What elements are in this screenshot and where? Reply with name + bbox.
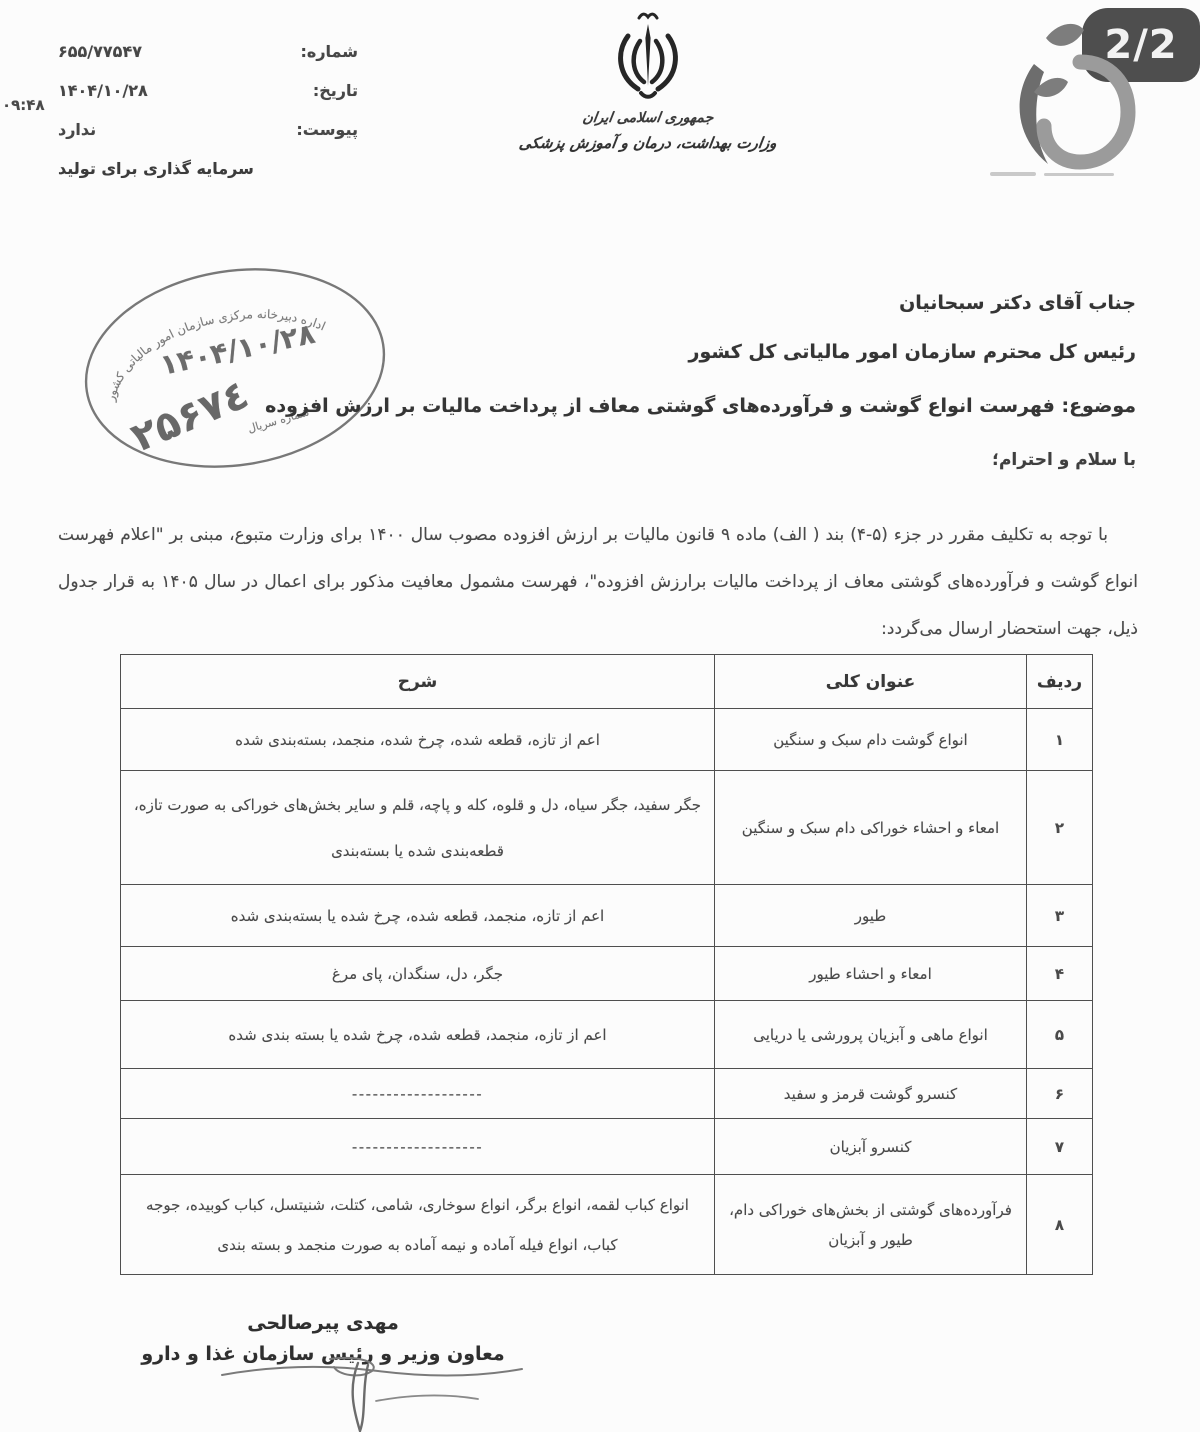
letterhead-center: جمهوری اسلامی ایران وزارت بهداشت، درمان … [488, 12, 808, 152]
number-label: شماره: [300, 42, 358, 61]
header-desc: شرح [121, 655, 715, 709]
country-name: جمهوری اسلامی ایران [487, 110, 809, 126]
table-row: ۱ انواع گوشت دام سبک و سنگین اعم از تازه… [121, 709, 1093, 771]
table-row: ۵ انواع ماهی و آبزیان پرورشی یا دریایی ا… [121, 1001, 1093, 1069]
time-value: ۰۹:۴۸ [2, 96, 45, 114]
recipient-title: رئیس کل محترم سازمان امور مالیاتی کل کشو… [265, 341, 1136, 363]
row-title: انواع گوشت دام سبک و سنگین [715, 709, 1027, 771]
letter-body: با توجه به تکلیف مقرر در جزء (۵-۴) بند (… [58, 512, 1138, 653]
row-rank: ۶ [1027, 1069, 1093, 1119]
table-row: ۸ فرآورده‌های گوشتی از بخش‌های خوراکی دا… [121, 1175, 1093, 1275]
scanned-letter-page: 2/2 شماره: ۶۵۵/۷۷۵۴۷ تاریخ: ۱۴۰۴/۱۰/۲۸ پ… [0, 0, 1200, 1432]
row-rank: ۱ [1027, 709, 1093, 771]
attachment-label: پیوست: [296, 120, 358, 139]
row-title: امعاء و احشاء خوراکی دام سبک و سنگین [715, 771, 1027, 885]
meta-date-row: تاریخ: ۱۴۰۴/۱۰/۲۸ [58, 81, 358, 100]
row-title: امعاء و احشاء طیور [715, 947, 1027, 1001]
row-desc: انواع کباب لقمه، انواع برگر، انواع سوخار… [121, 1175, 715, 1275]
attachment-value: ندارد [58, 120, 96, 139]
meta-attachment-row: پیوست: ندارد [58, 120, 358, 139]
table-row: ۶ کنسرو گوشت قرمز و سفید ---------------… [121, 1069, 1093, 1119]
row-rank: ۷ [1027, 1119, 1093, 1175]
salutation: با سلام و احترام؛ [265, 450, 1136, 470]
header-rank: ردیف [1027, 655, 1093, 709]
date-value: ۱۴۰۴/۱۰/۲۸ [58, 81, 148, 100]
table-header-row: ردیف عنوان کلی شرح [121, 655, 1093, 709]
recipient-name: جناب آقای دکتر سبحانیان [265, 292, 1136, 314]
subject-line: موضوع: فهرست انواع گوشت و فرآورده‌های گو… [265, 395, 1136, 417]
letterhead-meta: شماره: ۶۵۵/۷۷۵۴۷ تاریخ: ۱۴۰۴/۱۰/۲۸ پیوست… [58, 42, 358, 178]
number-value: ۶۵۵/۷۷۵۴۷ [58, 42, 142, 61]
handwritten-signature [210, 1345, 540, 1432]
row-title: فرآورده‌های گوشتی از بخش‌های خوراکی دام،… [715, 1175, 1027, 1275]
exemption-table: ردیف عنوان کلی شرح ۱ انواع گوشت دام سبک … [120, 654, 1093, 1275]
table-row: ۴ امعاء و احشاء طیور جگر، دل، سنگدان، پا… [121, 947, 1093, 1001]
row-title: کنسرو گوشت قرمز و سفید [715, 1069, 1027, 1119]
ministry-name: وزارت بهداشت، درمان و آموزش پزشکی [487, 134, 810, 152]
letterhead-slogan: سرمایه گذاری برای تولید [58, 159, 358, 178]
row-rank: ۳ [1027, 885, 1093, 947]
row-desc: اعم از تازه، منجمد، قطعه شده، چرخ شده یا… [121, 1001, 715, 1069]
row-rank: ۴ [1027, 947, 1093, 1001]
row-title: انواع ماهی و آبزیان پرورشی یا دریایی [715, 1001, 1027, 1069]
table-row: ۳ طیور اعم از تازه، منجمد، قطعه شده، چرخ… [121, 885, 1093, 947]
row-rank: ۲ [1027, 771, 1093, 885]
letter-heading: جناب آقای دکتر سبحانیان رئیس کل محترم سا… [265, 292, 1136, 470]
fda-logo-icon [982, 14, 1152, 189]
row-desc: ------------------- [121, 1119, 715, 1175]
row-desc: اعم از تازه، منجمد، قطعه شده، چرخ شده یا… [121, 885, 715, 947]
signer-name: مهدی پیرصالحی [108, 1312, 538, 1334]
row-rank: ۵ [1027, 1001, 1093, 1069]
row-desc: جگر، دل، سنگدان، پای مرغ [121, 947, 715, 1001]
header-title: عنوان کلی [715, 655, 1027, 709]
iran-emblem-icon [596, 12, 700, 108]
stamp-serial-value: ۲۵۶۷٤ [125, 371, 255, 461]
date-label: تاریخ: [313, 81, 358, 100]
row-desc: اعم از تازه، قطعه شده، چرخ شده، منجمد، ب… [121, 709, 715, 771]
row-title: طیور [715, 885, 1027, 947]
row-desc: جگر سفید، جگر سیاه، دل و قلوه، کله و پاچ… [121, 771, 715, 885]
row-desc: ------------------- [121, 1069, 715, 1119]
row-rank: ۸ [1027, 1175, 1093, 1275]
meta-number-row: شماره: ۶۵۵/۷۷۵۴۷ [58, 42, 358, 61]
emblem-sword [645, 24, 650, 86]
table-row: ۲ امعاء و احشاء خوراکی دام سبک و سنگین ج… [121, 771, 1093, 885]
row-title: کنسرو آبزیان [715, 1119, 1027, 1175]
table-row: ۷ کنسرو آبزیان ------------------- [121, 1119, 1093, 1175]
